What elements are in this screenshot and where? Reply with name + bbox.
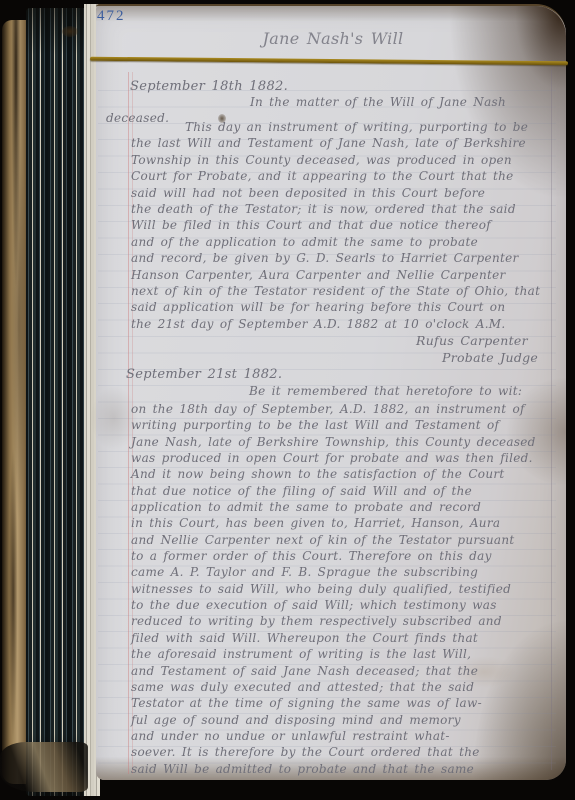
ledger-photo: 472 Jane Nash's Will September 18th 1882… bbox=[0, 0, 575, 800]
handwritten-line: and under no undue or unlawful restraint… bbox=[131, 728, 536, 744]
handwritten-line: This day an instrument of writing, purpo… bbox=[131, 119, 540, 135]
handwritten-line: and Nellie Carpenter next of kin of the … bbox=[131, 532, 536, 548]
entry1-date: September 18th 1882. bbox=[130, 79, 288, 94]
handwritten-line: same was duly executed and attested; tha… bbox=[131, 679, 536, 695]
judge-title: Probate Judge bbox=[442, 350, 538, 365]
handwritten-line: witnesses to said Will, who being duly q… bbox=[131, 581, 536, 597]
page-fold-line bbox=[551, 70, 552, 770]
handwritten-line: filed with said Will. Whereupon the Cour… bbox=[131, 630, 536, 646]
handwritten-line: came A. P. Taylor and F. B. Sprague the … bbox=[131, 564, 536, 580]
handwritten-line: said application will be for hearing bef… bbox=[131, 299, 540, 315]
entry1-body: This day an instrument of writing, purpo… bbox=[131, 119, 540, 332]
handwritten-line: was produced in open Court for probate a… bbox=[131, 450, 536, 466]
handwritten-line: soever. It is therefore by the Court ord… bbox=[131, 744, 536, 760]
judge-signature: Rufus Carpenter bbox=[416, 333, 528, 348]
entry2-body: on the 18th day of September, A.D. 1882,… bbox=[131, 401, 536, 777]
handwritten-line: Township in this County deceased, was pr… bbox=[131, 152, 540, 168]
handwritten-line: Hanson Carpenter, Aura Carpenter and Nel… bbox=[131, 267, 540, 283]
entry2-opening: Be it remembered that heretofore to wit: bbox=[249, 384, 522, 398]
handwritten-line: and Testament of said Jane Nash deceased… bbox=[131, 663, 536, 679]
page-number: 472 bbox=[97, 8, 126, 25]
handwritten-line: application to admit the same to probate… bbox=[131, 499, 536, 515]
handwritten-line: the death of the Testator; it is now, or… bbox=[131, 201, 540, 217]
handwritten-line: on the 18th day of September, A.D. 1882,… bbox=[131, 401, 536, 417]
handwritten-line: reduced to writing by them respectively … bbox=[131, 613, 536, 629]
handwritten-line: the 21st day of September A.D. 1882 at 1… bbox=[131, 316, 540, 332]
entry1-case-heading: In the matter of the Will of Jane Nash bbox=[250, 95, 506, 109]
handwritten-line: to a former order of this Court. Therefo… bbox=[131, 548, 536, 564]
handwritten-line: And it now being shown to the satisfacti… bbox=[131, 466, 536, 482]
handwritten-line: in this Court, has been given to, Harrie… bbox=[131, 515, 536, 531]
page-spot bbox=[62, 26, 78, 37]
handwritten-line: Will be filed in this Court and that due… bbox=[131, 217, 540, 233]
book-cover-corner bbox=[0, 742, 88, 792]
handwritten-line: said will had not been deposited in this… bbox=[131, 185, 540, 201]
handwritten-line: to the due execution of said Will; which… bbox=[131, 597, 536, 613]
handwritten-line: ful age of sound and disposing mind and … bbox=[131, 712, 536, 728]
handwritten-line: the last Will and Testament of Jane Nash… bbox=[131, 135, 540, 151]
page-edge-stack bbox=[26, 8, 88, 796]
handwritten-line: and record, be given by G. D. Searls to … bbox=[131, 250, 540, 266]
handwritten-line: that due notice of the filing of said Wi… bbox=[131, 483, 536, 499]
handwritten-line: Court for Probate, and it appearing to t… bbox=[131, 168, 540, 184]
handwritten-line: the aforesaid instrument of writing is t… bbox=[131, 646, 536, 662]
handwritten-line: and of the application to admit the same… bbox=[131, 234, 540, 250]
handwritten-line: writing purporting to be the last Will a… bbox=[131, 417, 536, 433]
entry2-date: September 21st 1882. bbox=[126, 367, 282, 382]
page-title: Jane Nash's Will bbox=[238, 29, 428, 48]
handwritten-line: said Will be admitted to probate and tha… bbox=[131, 761, 536, 777]
handwritten-line: Jane Nash, late of Berkshire Township, t… bbox=[131, 434, 536, 450]
handwritten-line: next of kin of the Testator resident of … bbox=[131, 283, 540, 299]
handwritten-line: Testator at the time of signing the same… bbox=[131, 695, 536, 711]
